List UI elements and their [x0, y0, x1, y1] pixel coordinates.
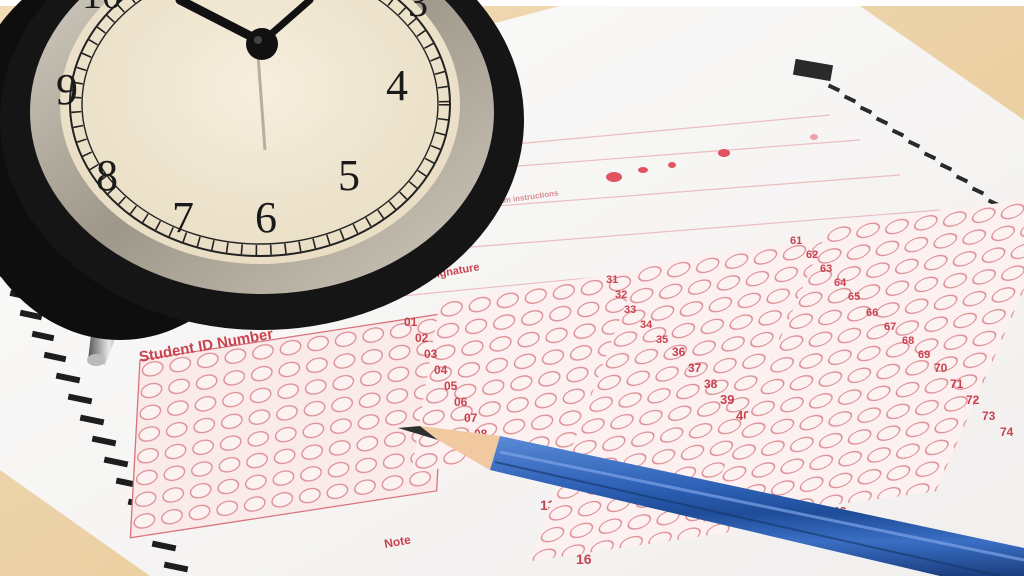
numeral-9: 9 [56, 65, 78, 114]
hand-pivot [246, 28, 278, 60]
numeral-7: 7 [172, 193, 194, 242]
svg-text:74: 74 [1000, 425, 1014, 439]
svg-text:39: 39 [720, 392, 734, 407]
svg-text:06: 06 [454, 395, 468, 409]
svg-text:31: 31 [606, 274, 618, 286]
svg-text:05: 05 [444, 379, 458, 393]
photo-canvas: Exam instructions Student ID Number Stud… [0, 0, 1024, 576]
svg-text:32: 32 [615, 289, 627, 301]
svg-text:01: 01 [404, 315, 418, 329]
numeral-5: 5 [338, 151, 360, 200]
numeral-3: 3 [408, 0, 428, 25]
svg-text:70: 70 [934, 361, 948, 375]
photo-scene: Exam instructions Student ID Number Stud… [0, 0, 1024, 576]
svg-text:35: 35 [656, 334, 668, 346]
svg-text:38: 38 [704, 377, 718, 391]
svg-text:65: 65 [848, 291, 860, 303]
svg-text:36: 36 [672, 345, 686, 359]
svg-text:72: 72 [966, 393, 980, 407]
svg-text:03: 03 [424, 347, 438, 361]
svg-text:64: 64 [834, 277, 847, 289]
svg-text:02: 02 [415, 331, 429, 345]
svg-text:37: 37 [688, 361, 702, 375]
svg-text:07: 07 [464, 411, 478, 425]
svg-text:66: 66 [866, 307, 878, 319]
svg-text:62: 62 [806, 249, 818, 261]
numeral-8: 8 [96, 151, 118, 200]
numeral-4: 4 [386, 61, 408, 110]
svg-text:73: 73 [982, 409, 996, 423]
numeral-6: 6 [255, 193, 277, 242]
svg-text:68: 68 [902, 335, 914, 347]
svg-text:61: 61 [790, 235, 802, 247]
svg-text:33: 33 [624, 304, 636, 316]
svg-text:69: 69 [918, 349, 930, 361]
svg-text:34: 34 [640, 319, 653, 331]
svg-text:67: 67 [884, 321, 896, 333]
numeral-10: 10 [82, 0, 122, 17]
svg-text:63: 63 [820, 263, 832, 275]
svg-text:04: 04 [434, 363, 448, 377]
svg-text:71: 71 [950, 377, 964, 391]
